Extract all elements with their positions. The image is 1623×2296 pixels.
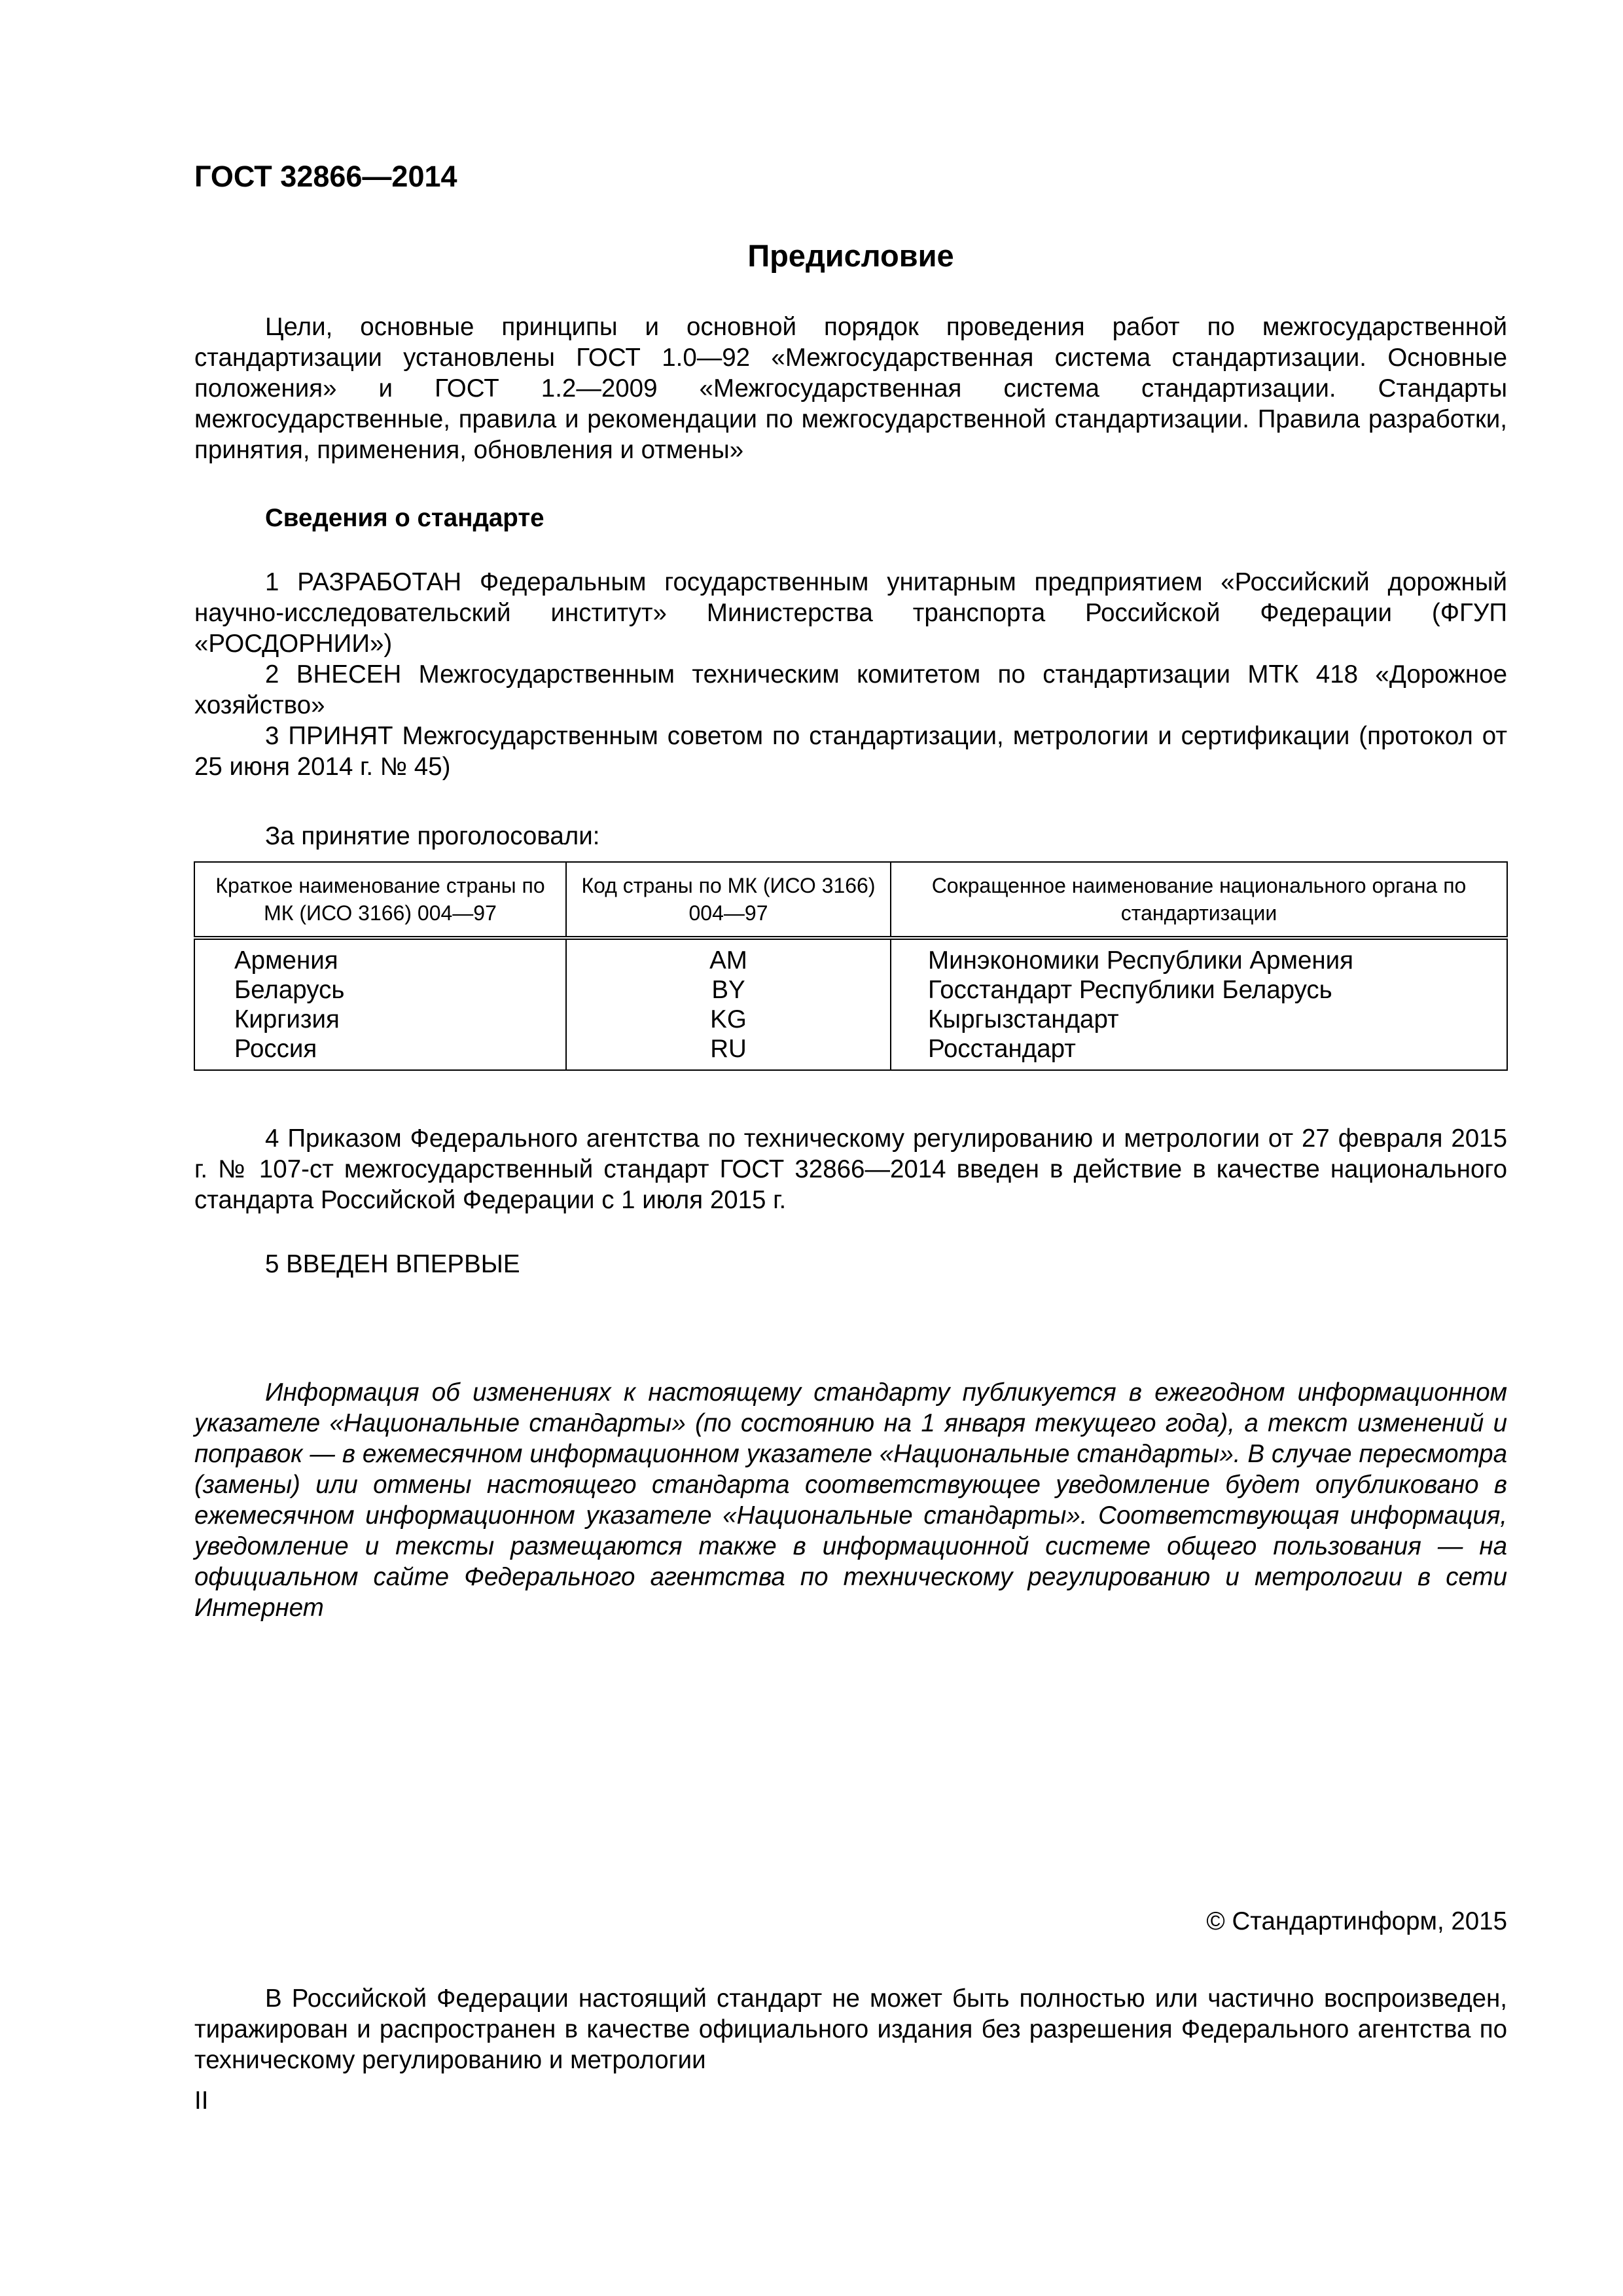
item-4-paragraph: 4 Приказом Федерального агентства по тех…	[194, 1123, 1507, 1215]
intro-text: Цели, основные принципы и основной поряд…	[194, 312, 1507, 465]
section-heading: Сведения о стандарте	[194, 503, 1507, 533]
info-heading: Сведения о стандарте	[194, 503, 1507, 533]
copyright: © Стандартинформ, 2015	[1206, 1906, 1507, 1937]
country-name: Беларусь	[194, 975, 566, 1005]
voting-table: Краткое наименование страны по МК (ИСО 3…	[194, 861, 1508, 1071]
item-number: 3	[265, 722, 279, 750]
table-row: Россия RU Росстандарт	[194, 1034, 1507, 1070]
list-item: 1 РАЗРАБОТАН Федеральным государственным…	[194, 567, 1507, 659]
country-code: KG	[566, 1005, 891, 1034]
item-4-text: 4 Приказом Федерального агентства по тех…	[194, 1123, 1507, 1215]
table-row: Армения AM Минэкономики Республики Армен…	[194, 938, 1507, 975]
table-row: Беларусь BY Госстандарт Республики Белар…	[194, 975, 1507, 1005]
item-number: 1	[265, 568, 279, 596]
country-name: Армения	[194, 938, 566, 975]
table-row: Киргизия KG Кыргызстандарт	[194, 1005, 1507, 1034]
vote-label-text: За принятие проголосовали:	[194, 821, 1507, 852]
item-5-text: 5 ВВЕДЕН ВПЕРВЫЕ	[194, 1249, 1507, 1280]
country-name: Киргизия	[194, 1005, 566, 1034]
country-code: AM	[566, 938, 891, 975]
item-keyword: РАЗРАБОТАН	[297, 568, 461, 596]
vote-label: За принятие проголосовали:	[194, 821, 1507, 852]
page-title: Предисловие	[194, 238, 1507, 274]
item-5-paragraph: 5 ВВЕДЕН ВПЕРВЫЕ	[194, 1249, 1507, 1280]
column-header-country: Краткое наименование страны по МК (ИСО 3…	[194, 862, 566, 938]
table-header-row: Краткое наименование страны по МК (ИСО 3…	[194, 862, 1507, 938]
intro-paragraph: Цели, основные принципы и основной поряд…	[194, 312, 1507, 465]
rights-notice: В Российской Федерации настоящий стандар…	[194, 1983, 1507, 2075]
document-code: ГОСТ 32866—2014	[194, 160, 457, 194]
rights-text: В Российской Федерации настоящий стандар…	[194, 1983, 1507, 2075]
column-header-authority: Сокращенное наименование национального о…	[891, 862, 1507, 938]
authority-name: Минэкономики Республики Армения	[891, 938, 1507, 975]
item-number: 2	[265, 660, 279, 689]
standard-info-list: 1 РАЗРАБОТАН Федеральным государственным…	[194, 567, 1507, 782]
authority-name: Госстандарт Республики Беларусь	[891, 975, 1507, 1005]
amendments-notice: Информация об изменениях к настоящему ст…	[194, 1377, 1507, 1623]
page-number: II	[194, 2085, 208, 2116]
list-item: 3 ПРИНЯТ Межгосударственным советом по с…	[194, 721, 1507, 782]
authority-name: Кыргызстандарт	[891, 1005, 1507, 1034]
notice-text: Информация об изменениях к настоящему ст…	[194, 1377, 1507, 1623]
authority-name: Росстандарт	[891, 1034, 1507, 1070]
list-item: 2 ВНЕСЕН Межгосударственным техническим …	[194, 659, 1507, 721]
country-code: RU	[566, 1034, 891, 1070]
column-header-code: Код страны по МК (ИСО 3166) 004—97	[566, 862, 891, 938]
country-code: BY	[566, 975, 891, 1005]
item-keyword: ПРИНЯТ	[288, 722, 393, 750]
country-name: Россия	[194, 1034, 566, 1070]
item-keyword: ВНЕСЕН	[296, 660, 401, 689]
